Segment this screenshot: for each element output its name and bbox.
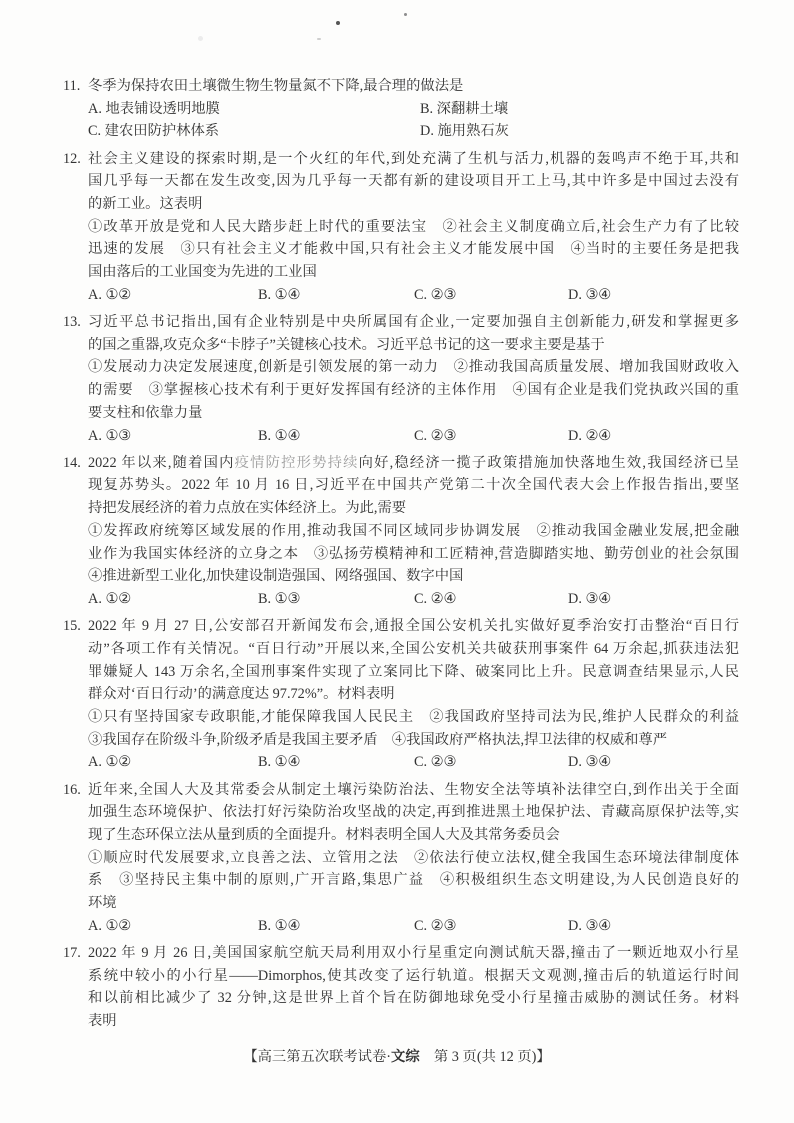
choice-option: D. 施用熟石灰 <box>420 120 509 143</box>
question-text-line: ①只有坚持国家专政职能,才能保障我国人民民主 ②我国政府坚持司法为民,维护人民群… <box>88 706 739 729</box>
question-text-line: 近年来,全国人大及其常委会从制定土壤污染防治法、生物安全法等填补法律空白,到作出… <box>88 779 739 802</box>
page-number: 第 3 页(共 12 页)】 <box>420 1049 551 1065</box>
question-text-line: 2022 年 9 月 27 日,公安部召开新闻发布会,通报全国公安机关扎实做好夏… <box>88 615 739 638</box>
choice-option: C. ②③ <box>414 284 568 307</box>
question-text-line: ③我国存在阶级斗争,阶级矛盾是我国主要矛盾 ④我国政府严格执法,捍卫法律的权威和… <box>88 729 739 752</box>
question-text-line: 环境 <box>88 892 739 915</box>
choice-option: B. ①③ <box>258 588 414 611</box>
choice-option: A. ①③ <box>88 425 258 448</box>
choice-row: A. ①②B. ①④C. ②③D. ③④ <box>88 751 739 774</box>
choice-row: A. ①②B. ①④C. ②③D. ③④ <box>88 284 739 307</box>
choice-option: A. ①② <box>88 588 258 611</box>
question-text-line: ①发挥政府统筹区域发展的作用,推动我国不同区域同步协调发展 ②推动我国金融业发展… <box>88 520 739 543</box>
question-number: 14. <box>63 452 81 475</box>
choice-option: A. 地表铺设透明地膜 <box>88 98 420 121</box>
choice-option: D. ③④ <box>568 588 611 611</box>
question-text-line: 社会主义建设的探索时期,是一个火红的年代,到处充满了生机与活力,机器的轰鸣声不绝… <box>88 148 739 171</box>
question-16: 16.近年来,全国人大及其常委会从制定土壤污染防治法、生物安全法等填补法律空白,… <box>63 779 739 938</box>
scan-speck <box>317 38 321 40</box>
choice-option: C. ②③ <box>414 915 568 938</box>
scan-speck <box>198 36 203 41</box>
faded-scan-text: 疫情防控形势持续 <box>235 455 359 471</box>
question-text-line: 习近平总书记指出,国有企业特别是中央所属国有企业,一定要加强自主创新能力,研发和… <box>88 311 739 334</box>
question-text-line: ①顺应时代发展要求,立良善之法、立管用之法 ②依法行使立法权,健全我国生态环境法… <box>88 847 739 870</box>
choice-option: D. ②④ <box>568 425 611 448</box>
choice-row: C. 建农田防护林体系D. 施用熟石灰 <box>88 120 739 143</box>
exam-page: 11.冬季为保持农田土壤微生物生物量氮不下降,最合理的做法是A. 地表铺设透明地… <box>63 75 739 1037</box>
choice-option: D. ③④ <box>568 751 611 774</box>
question-17: 17.2022 年 9 月 26 日,美国国家航空航天局利用双小行星重定向测试航… <box>63 942 739 1033</box>
question-text-line: 现了生态环保立法从量到质的全面提升。材料表明全国人大及其常务委员会 <box>88 824 739 847</box>
question-text-line: 的国之重器,攻克众多“卡脖子”关键核心技术。习近平总书记的这一要求主要是基于 <box>88 334 739 357</box>
page-footer: 【高三第五次联考试卷·文综 第 3 页(共 12 页)】 <box>0 1046 794 1068</box>
question-text-line: 动”各项工作有关情况。“百日行动”开展以来,全国公安机关共破获刑事案件 64 万… <box>88 638 739 661</box>
question-12: 12.社会主义建设的探索时期,是一个火红的年代,到处充满了生机与活力,机器的轰鸣… <box>63 148 739 307</box>
question-text-line: ④推进新型工业化,加快建设制造强国、网络强国、数字中国 <box>88 565 739 588</box>
question-14: 14.2022 年以来,随着国内疫情防控形势持续向好,稳经济一揽子政策措施加快落… <box>63 452 739 611</box>
question-text-line: 现复苏势头。2022 年 10 月 16 日,习近平在中国共产党第二十次全国代表… <box>88 474 739 497</box>
question-text-line: 持把发展经济的着力点放在实体经济上。为此,需要 <box>88 497 739 520</box>
question-text-line: 加强生态环境保护、依法打好污染防治攻坚战的决定,再到推进黑土地保护法、青藏高原保… <box>88 801 739 824</box>
choice-option: A. ①② <box>88 751 258 774</box>
question-list: 11.冬季为保持农田土壤微生物生物量氮不下降,最合理的做法是A. 地表铺设透明地… <box>63 75 739 1033</box>
question-text-line: 迅速的发展 ③只有社会主义才能救中国,只有社会主义才能发展中国 ④当时的主要任务… <box>88 238 739 261</box>
choice-option: B. ①④ <box>258 284 414 307</box>
question-number: 12. <box>63 148 81 171</box>
choice-option: A. ①② <box>88 915 258 938</box>
question-text-line: 2022 年 9 月 26 日,美国国家航空航天局利用双小行星重定向测试航天器,… <box>88 942 739 965</box>
choice-option: C. ②④ <box>414 588 568 611</box>
question-text-line: 表明 <box>88 1010 739 1033</box>
question-text-line: 国几乎每一天都在发生改变,因为几乎每一天都有新的建设项目开工上马,其中许多是中国… <box>88 170 739 193</box>
paper-title: 【高三第五次联考试卷· <box>243 1049 391 1065</box>
choice-option: B. 深翻耕土壤 <box>420 98 508 121</box>
question-text-line: 2022 年以来,随着国内疫情防控形势持续向好,稳经济一揽子政策措施加快落地生效… <box>88 452 739 475</box>
choice-option: D. ③④ <box>568 284 611 307</box>
question-11: 11.冬季为保持农田土壤微生物生物量氮不下降,最合理的做法是A. 地表铺设透明地… <box>63 75 739 143</box>
question-number: 13. <box>63 311 81 334</box>
question-text-line: 罪嫌疑人 143 万余名,全国刑事案件实现了立案同比下降、破案同比上升。民意调查… <box>88 661 739 684</box>
question-text-line: 群众对‘百日行动’的满意度达 97.72%”。材料表明 <box>88 683 739 706</box>
scan-speck <box>404 13 407 16</box>
question-number: 15. <box>63 615 81 638</box>
question-text-line: 国由落后的工业国变为先进的工业国 <box>88 261 739 284</box>
choice-option: D. ③④ <box>568 915 611 938</box>
choice-row: A. ①②B. ①③C. ②④D. ③④ <box>88 588 739 611</box>
subject-label: 文综 <box>391 1049 420 1065</box>
question-text-line: 的需要 ③掌握核心技术有利于更好发挥国有经济的主体作用 ④国有企业是我们党执政兴… <box>88 379 739 402</box>
question-text-line: 和以前相比减少了 32 分钟,这是世界上首个旨在防御地球免受小行星撞击威胁的测试… <box>88 987 739 1010</box>
question-number: 16. <box>63 779 81 802</box>
choice-option: C. ②③ <box>414 425 568 448</box>
question-number: 17. <box>63 942 81 965</box>
choice-row: A. ①②B. ①④C. ②③D. ③④ <box>88 915 739 938</box>
question-text-line: ①改革开放是党和人民大踏步赶上时代的重要法宝 ②社会主义制度确立后,社会生产力有… <box>88 216 739 239</box>
choice-option: C. ②③ <box>414 751 568 774</box>
choice-option: B. ①④ <box>258 751 414 774</box>
choice-row: A. ①③B. ①④C. ②③D. ②④ <box>88 425 739 448</box>
choice-option: B. ①④ <box>258 425 414 448</box>
scan-speck <box>336 21 340 25</box>
question-text-line: 系 ③坚持民主集中制的原则,广开言路,集思广益 ④积极组织生态文明建设,为人民创… <box>88 869 739 892</box>
choice-option: A. ①② <box>88 284 258 307</box>
question-text-line: 的新工业。这表明 <box>88 193 739 216</box>
question-15: 15.2022 年 9 月 27 日,公安部召开新闻发布会,通报全国公安机关扎实… <box>63 615 739 774</box>
question-13: 13.习近平总书记指出,国有企业特别是中央所属国有企业,一定要加强自主创新能力,… <box>63 311 739 447</box>
choice-option: C. 建农田防护林体系 <box>88 120 420 143</box>
question-text-line: ①发展动力决定发展速度,创新是引领发展的第一动力 ②推动我国高质量发展、增加我国… <box>88 356 739 379</box>
question-text-line: 冬季为保持农田土壤微生物生物量氮不下降,最合理的做法是 <box>88 75 739 98</box>
choice-option: B. ①④ <box>258 915 414 938</box>
question-text-line: 业作为我国实体经济的立身之本 ③弘扬劳模精神和工匠精神,营造脚踏实地、勤劳创业的… <box>88 543 739 566</box>
question-number: 11. <box>63 75 80 98</box>
question-text-line: 要支柱和依靠力量 <box>88 402 739 425</box>
question-text-line: 系统中较小的小行星——Dimorphos,使其改变了运行轨道。根据天文观测,撞击… <box>88 965 739 988</box>
choice-row: A. 地表铺设透明地膜B. 深翻耕土壤 <box>88 98 739 121</box>
